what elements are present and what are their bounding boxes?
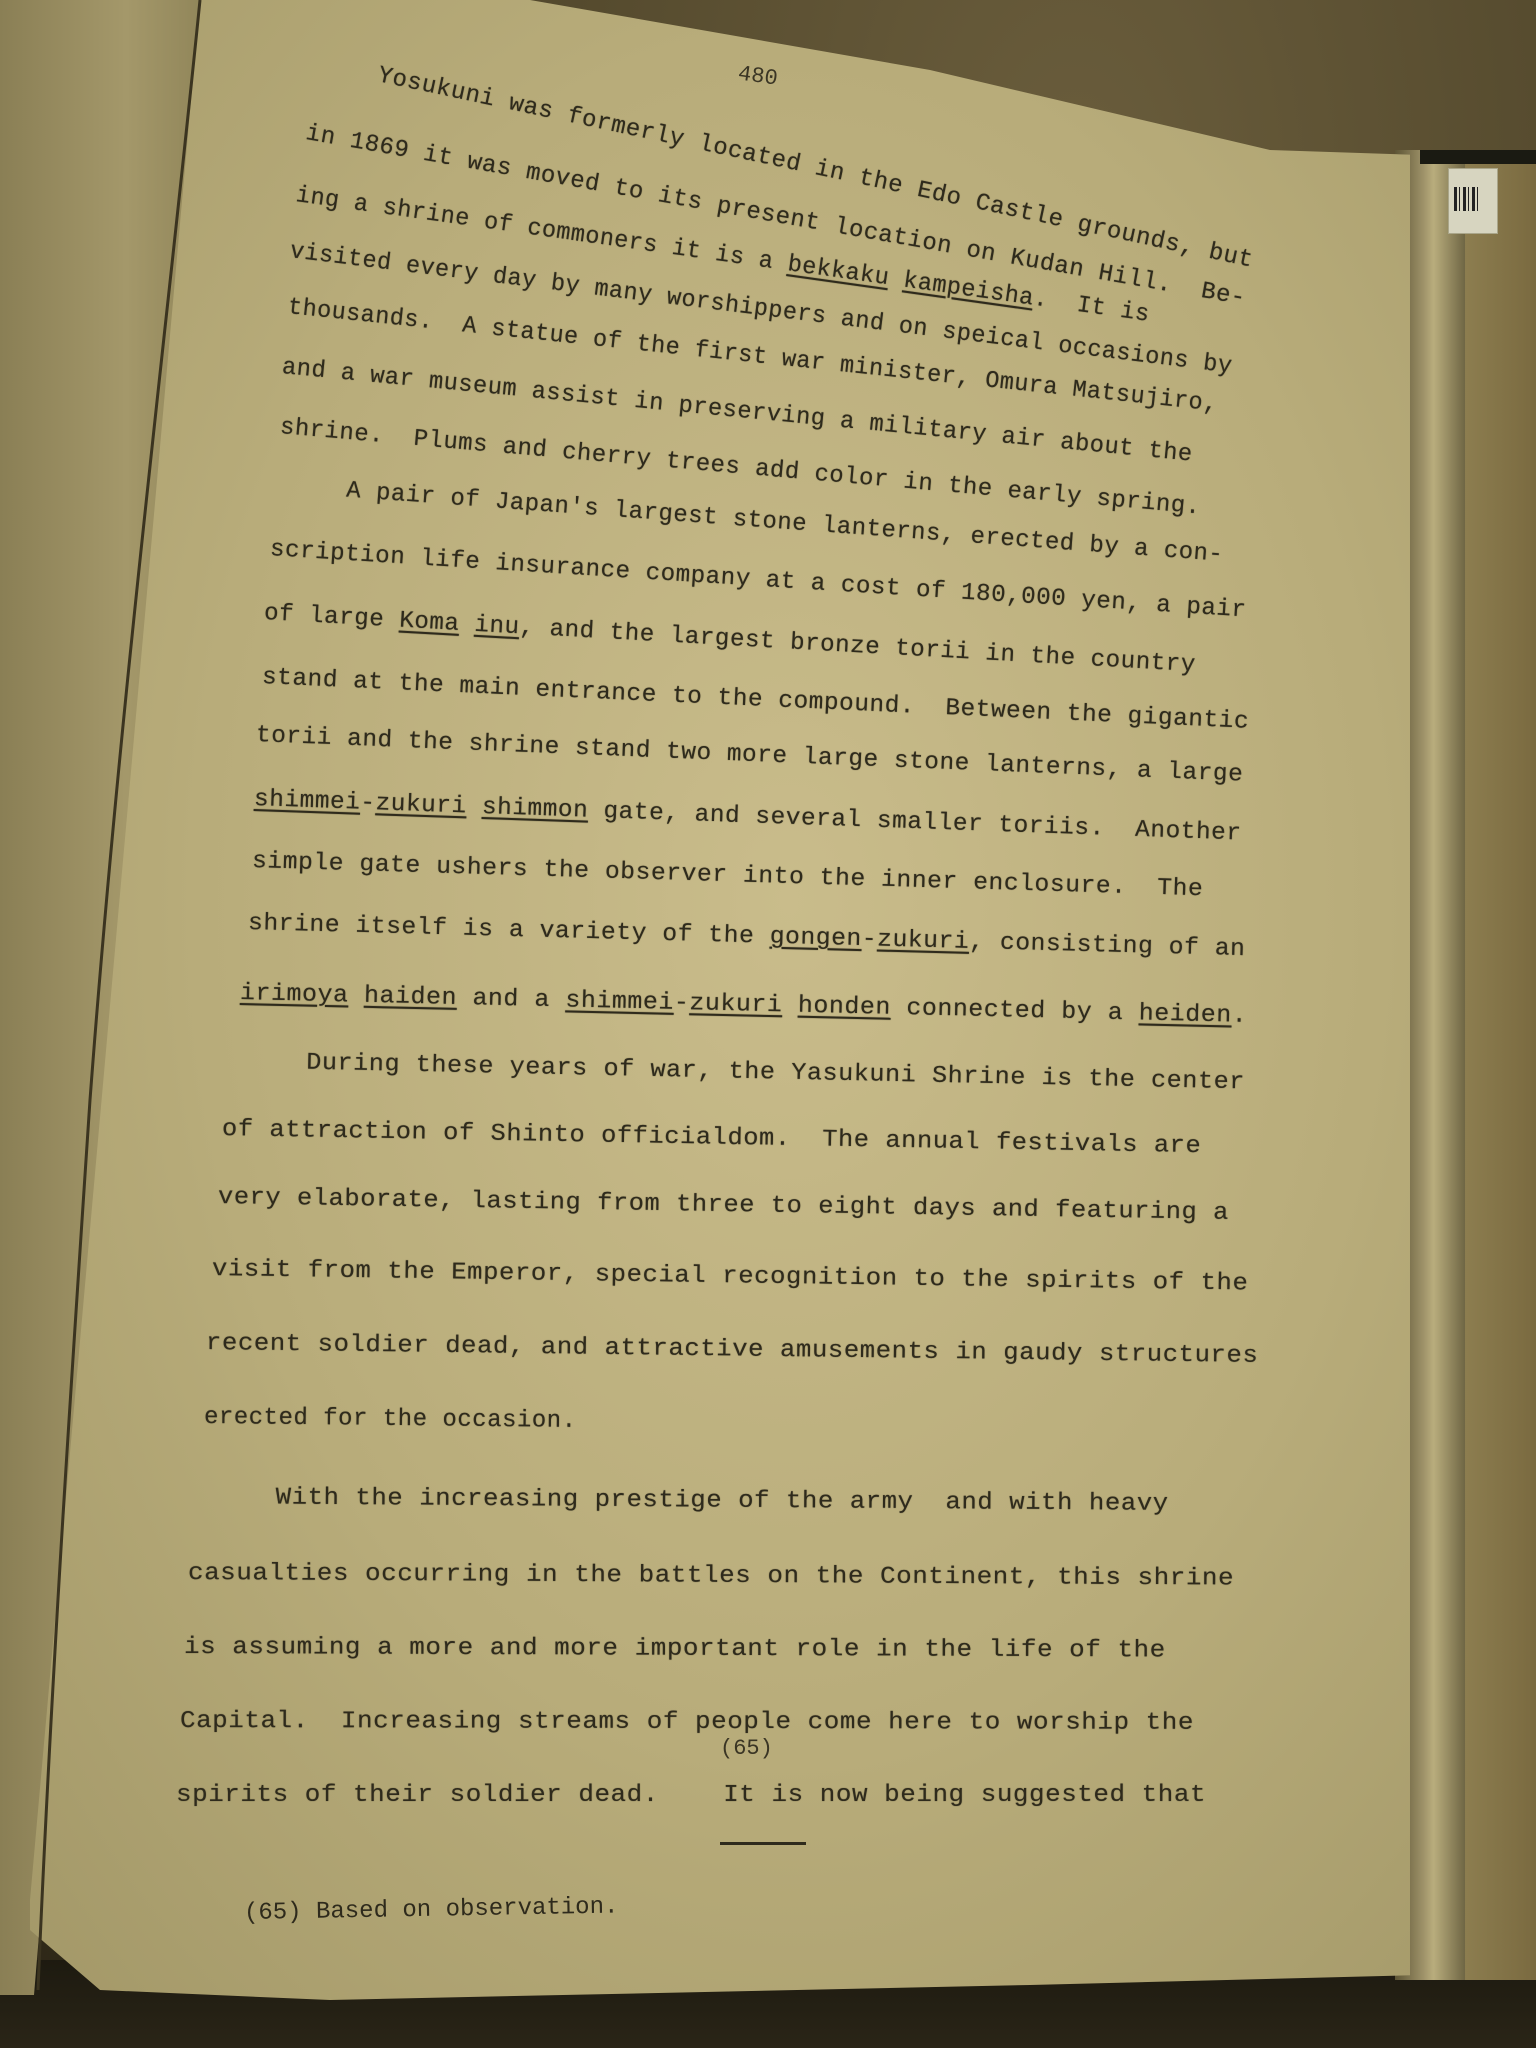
underlined-term: haiden [364,983,458,1012]
barcode-label [1448,168,1498,234]
text-line: erected for the occasion. [204,1404,577,1435]
text-line: spirits of their soldier dead. It is now… [176,1782,1206,1809]
footnote-rule [720,1842,806,1845]
underlined-term: shimmei [565,987,674,1016]
underlined-term: zukuri [375,790,467,820]
underlined-term: inu [474,612,521,641]
text-segment: - [861,926,877,953]
cover-binding [1420,150,1536,164]
underlined-term: honden [798,993,892,1022]
underlined-term: shimmei [254,786,361,817]
underlined-term: zukuri [689,990,783,1019]
text-segment: is assuming a more and more important ro… [184,1634,1166,1664]
text-segment: connected by a [891,995,1140,1028]
text-line: casualties occurring in the battles on t… [188,1560,1234,1592]
text-segment: erected for the occasion. [204,1404,577,1435]
text-segment: - [360,790,376,818]
underlined-term: zukuri [877,926,970,955]
text-segment: . [1231,1003,1247,1030]
text-segment [466,793,482,821]
page-number: 480 [736,61,779,91]
text-line: is assuming a more and more important ro… [184,1634,1166,1664]
footnote-marker: (65) [720,1736,773,1761]
underlined-term: shimmon [481,794,588,825]
text-segment: and a [457,985,566,1014]
barcode-icon [1454,187,1478,211]
text-segment: - [674,990,690,1017]
underlined-term: heiden [1138,1000,1232,1029]
underlined-term: gongen [769,924,862,953]
text-segment: Capital. Increasing streams of people co… [180,1708,1194,1737]
underlined-term: irimoya [240,980,349,1009]
text-segment [348,982,364,1009]
text-segment: casualties occurring in the battles on t… [188,1560,1234,1592]
text-segment [782,992,798,1019]
text-line: Capital. Increasing streams of people co… [180,1708,1194,1737]
underlined-term: Koma [399,608,461,638]
text-segment [459,611,476,639]
text-segment: spirits of their soldier dead. It is now… [176,1782,1206,1809]
